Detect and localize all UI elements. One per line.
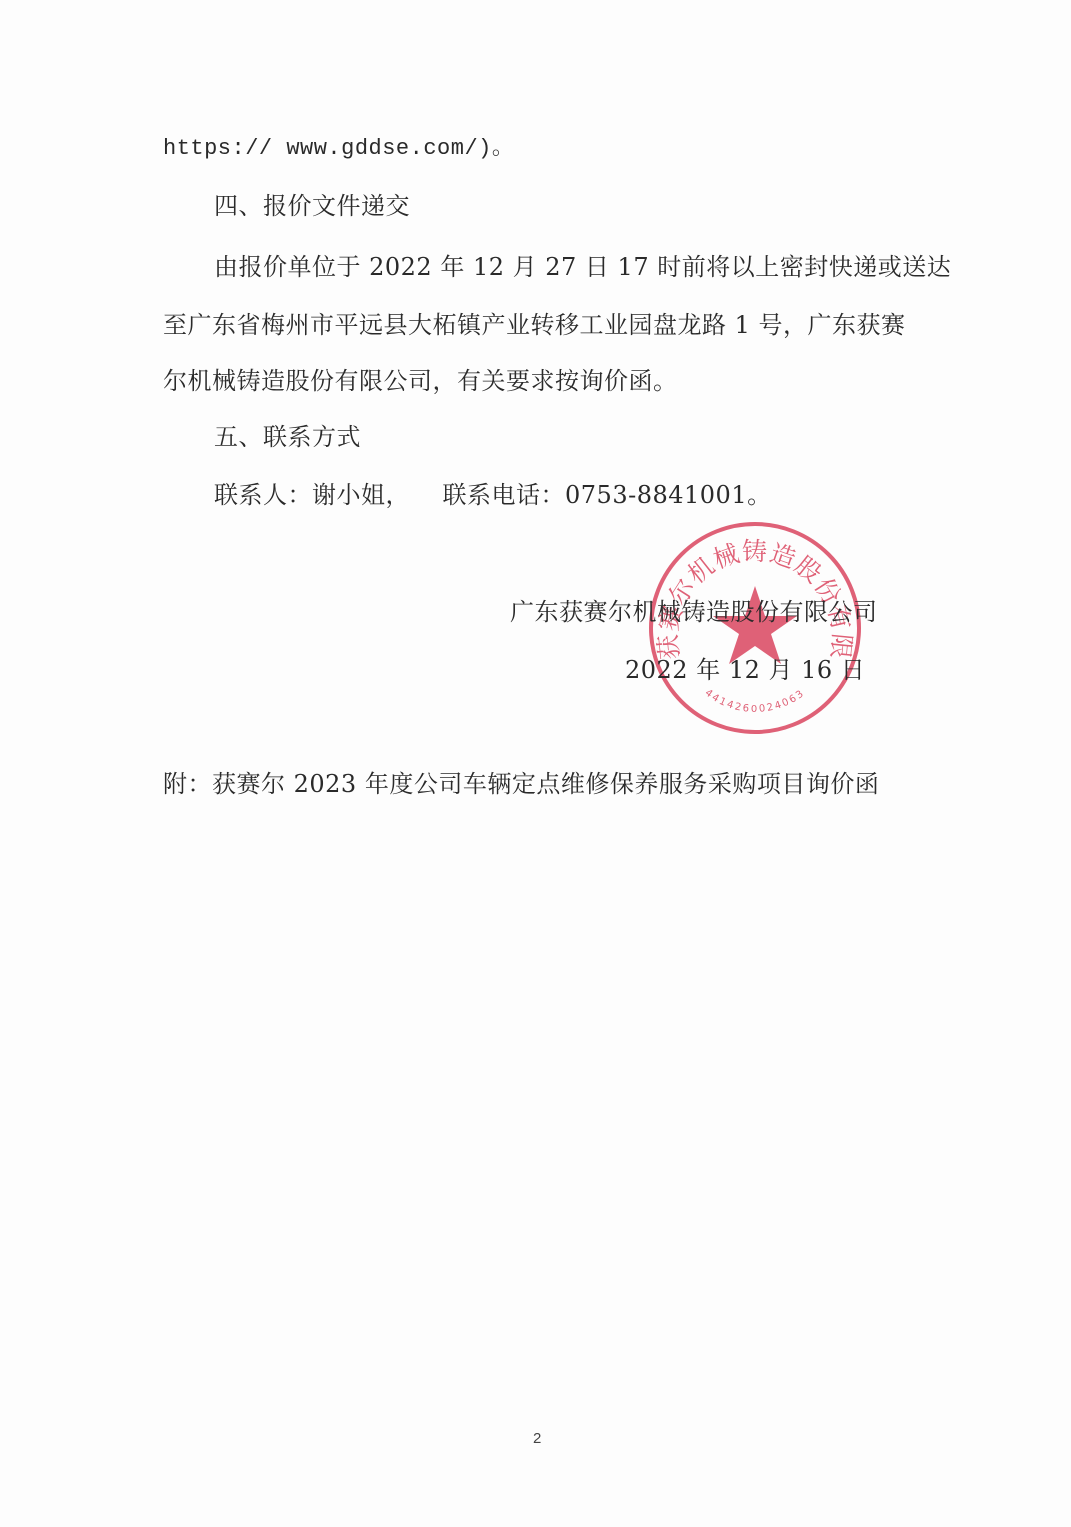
page-number: 2 bbox=[533, 1430, 541, 1447]
section-4-heading: 四、报价文件递交 bbox=[214, 191, 410, 221]
section-4-paragraph-line-3: 尔机械铸造股份有限公司，有关要求按询价函。 bbox=[163, 366, 678, 396]
signature-company: 广东获赛尔机械铸造股份有限公司 bbox=[510, 597, 878, 627]
section-5-heading: 五、联系方式 bbox=[214, 422, 361, 452]
attachment-note: 附：获赛尔 2023 年度公司车辆定点维修保养服务采购项目询价函 bbox=[163, 769, 879, 799]
seal-code-text: 4414260024063 bbox=[703, 688, 808, 715]
contact-line: 联系人：谢小姐， 联系电话：0753-8841001。 bbox=[214, 480, 772, 510]
signature-date: 2022 年 12 月 16 日 bbox=[625, 655, 865, 685]
section-4-paragraph-line-2: 至广东省梅州市平远县大柘镇产业转移工业园盘龙路 1 号，广东获赛 bbox=[163, 310, 906, 340]
company-seal: 广东获赛尔机械铸造股份有限公司 4414260024063 bbox=[645, 518, 865, 738]
url-continuation: https:// www.gddse.com/)。 bbox=[163, 134, 514, 164]
document-page: https:// www.gddse.com/)。 四、报价文件递交 由报价单位… bbox=[0, 0, 1071, 1527]
section-4-paragraph-line-1: 由报价单位于 2022 年 12 月 27 日 17 时前将以上密封快递或送达 bbox=[214, 252, 951, 282]
